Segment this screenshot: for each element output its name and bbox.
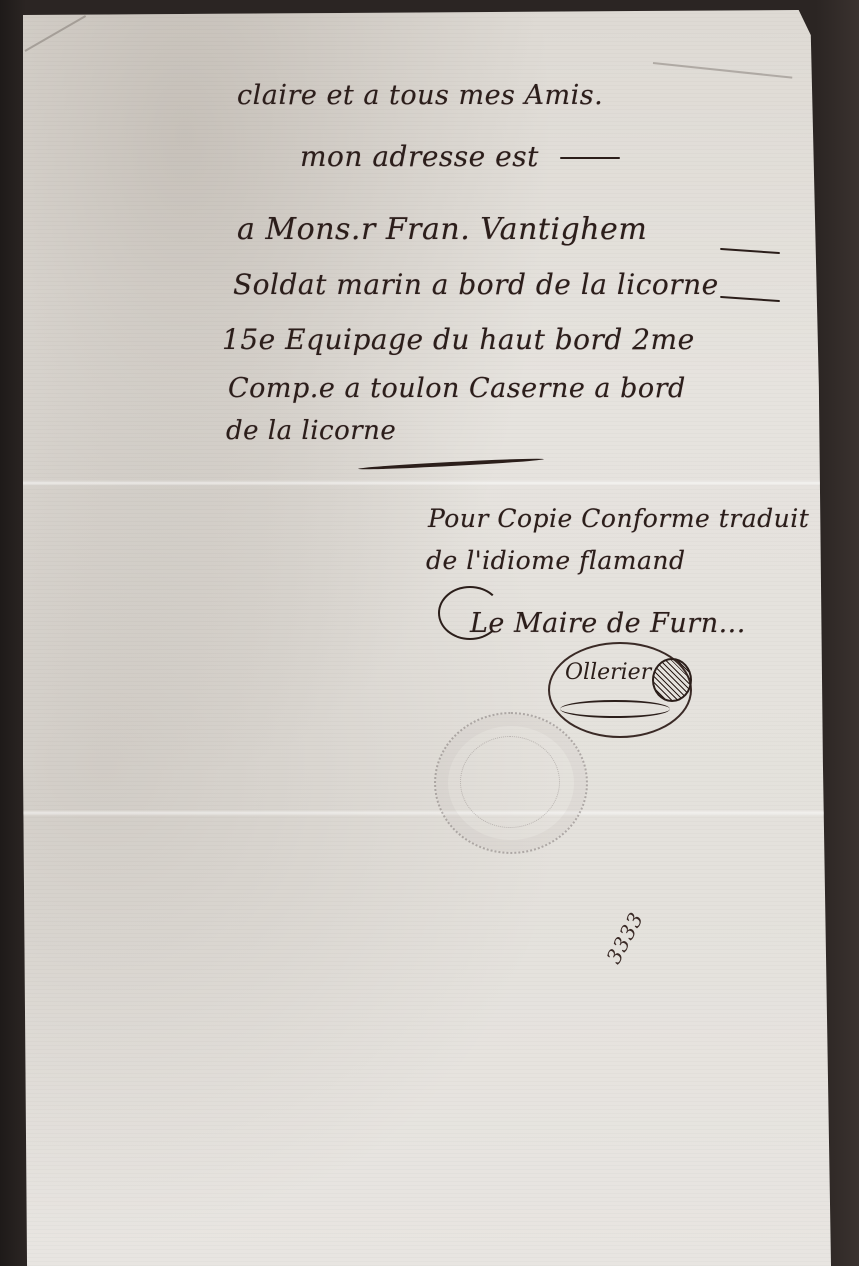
paper-crease xyxy=(25,15,87,52)
signature: Ollerier xyxy=(565,660,651,685)
address-line: a Mons.r Fran. Vantighem xyxy=(237,212,647,247)
line-tail xyxy=(560,157,620,159)
paraph-swash xyxy=(560,700,670,718)
mayor-line: Le Maire de Furn... xyxy=(470,608,746,639)
certification-line: de l'idiome flamand xyxy=(426,546,685,575)
paraph-hatch-icon xyxy=(652,658,692,702)
faded-stamp-icon xyxy=(434,712,588,854)
letter-line: mon adresse est xyxy=(300,140,539,173)
address-line: de la licorne xyxy=(226,416,396,446)
paper-crease xyxy=(653,62,792,79)
certification-line: Pour Copie Conforme traduit xyxy=(428,504,809,533)
address-line: 15e Equipage du haut bord 2me xyxy=(222,323,695,356)
photo-background: claire et a tous mes Amis. mon adresse e… xyxy=(0,0,859,1266)
stamp-inner-ring xyxy=(460,736,560,828)
address-line: Comp.e a toulon Caserne a bord xyxy=(228,373,686,404)
fold-line xyxy=(23,480,831,486)
address-line: Soldat marin a bord de la licorne xyxy=(233,268,719,301)
letter-line: claire et a tous mes Amis. xyxy=(237,80,603,111)
fold-line xyxy=(23,810,831,816)
